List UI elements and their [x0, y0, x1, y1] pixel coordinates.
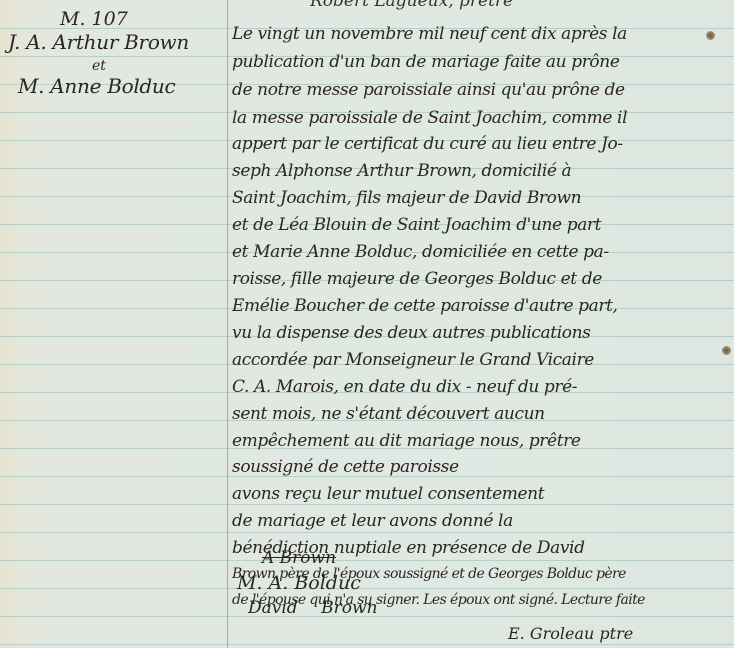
record-line: vu la dispense des deux autres publicati… — [232, 323, 590, 343]
groom-name: J. A. Arthur Brown — [8, 30, 189, 54]
record-line: la messe paroissiale de Saint Joachim, c… — [232, 108, 627, 128]
register-page: M. 107 J. A. Arthur Brown et M. Anne Bol… — [0, 0, 734, 648]
record-line: appert par le certificat du curé au lieu… — [232, 134, 623, 154]
record-line: sent mois, ne s'étant découvert aucun — [232, 404, 545, 424]
conjunction: et — [92, 58, 106, 74]
signature-groom: A Brown — [262, 548, 336, 568]
record-line: publication d'un ban de mariage faite au… — [232, 52, 619, 72]
signature-father: David Brown — [248, 598, 377, 618]
bride-name: M. Anne Bolduc — [18, 74, 175, 98]
record-line: Saint Joachim, fils majeur de David Brow… — [232, 188, 581, 208]
binding-hole-top — [706, 31, 715, 40]
signature-bride: M. A. Bolduc — [237, 572, 361, 594]
record-line: accordée par Monseigneur le Grand Vicair… — [232, 350, 594, 370]
previous-entry-fragment: Robert Lagueux, prêtre — [310, 0, 513, 11]
record-line: avons reçu leur mutuel consentement — [232, 484, 544, 504]
record-line: roisse, fille majeure de Georges Bolduc … — [232, 269, 602, 289]
record-line: seph Alphonse Arthur Brown, domicilié à — [232, 161, 571, 181]
record-line: et de Léa Blouin de Saint Joachim d'une … — [232, 215, 601, 235]
entry-number: M. 107 — [60, 8, 128, 30]
signature-priest: E. Groleau ptre — [508, 624, 633, 643]
record-line: de notre messe paroissiale ainsi qu'au p… — [232, 80, 625, 100]
margin-rule — [227, 0, 228, 648]
binding-hole-middle — [722, 346, 731, 355]
record-line: soussigné de cette paroisse — [232, 457, 459, 477]
record-line: C. A. Marois, en date du dix - neuf du p… — [232, 377, 577, 397]
record-line: Le vingt un novembre mil neuf cent dix a… — [232, 24, 627, 44]
record-line: empêchement au dit mariage nous, prêtre — [232, 431, 581, 451]
record-line: et Marie Anne Bolduc, domiciliée en cett… — [232, 242, 609, 262]
record-line: de mariage et leur avons donné la — [232, 511, 513, 531]
record-line: Emélie Boucher de cette paroisse d'autre… — [232, 296, 618, 316]
